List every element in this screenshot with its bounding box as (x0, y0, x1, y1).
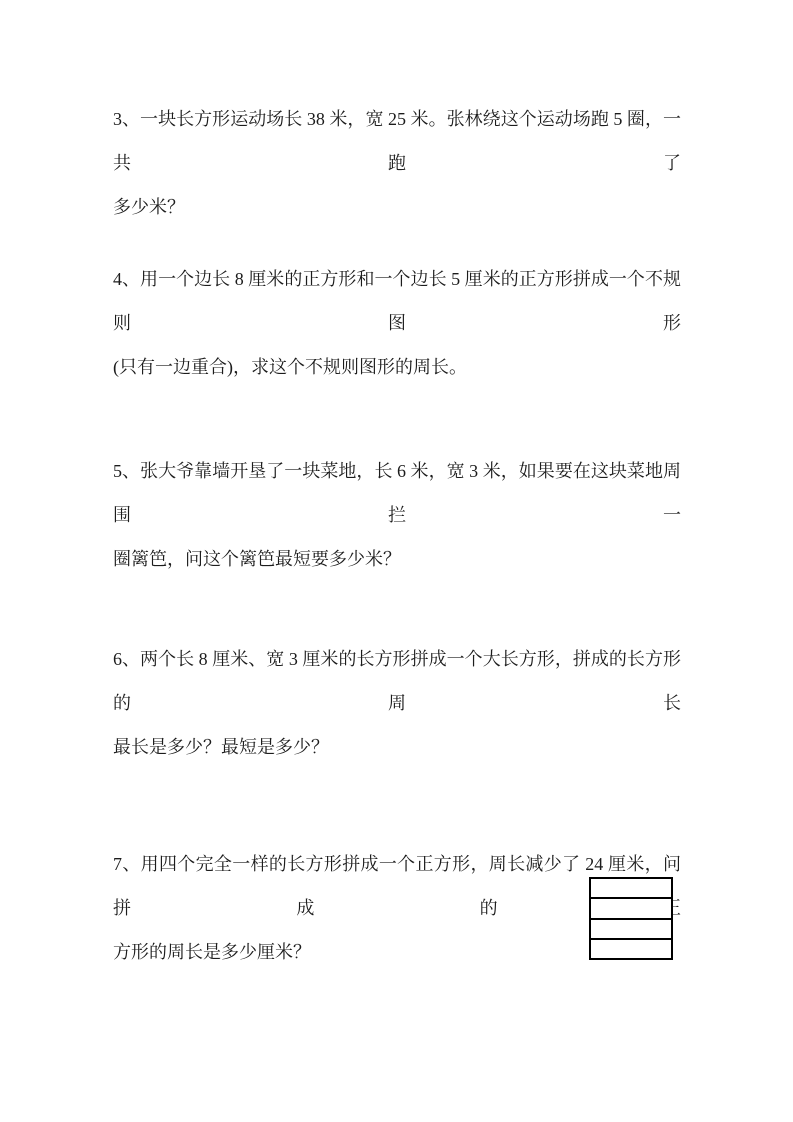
question-7-figure-stacked-rectangles (589, 877, 673, 960)
question-4: 4、用一个边长 8 厘米的正方形和一个边长 5 厘米的正方形拼成一个不规则图形 … (113, 257, 681, 389)
question-3-line-2: 多少米？ (113, 185, 681, 229)
question-3: 3、一块长方形运动场长 38 米，宽 25 米。张林绕这个运动场跑 5 圈，一共… (113, 97, 681, 229)
figure-strip-row (591, 897, 671, 917)
question-3-line-1: 3、一块长方形运动场长 38 米，宽 25 米。张林绕这个运动场跑 5 圈，一共… (113, 97, 681, 185)
question-4-line-2: (只有一边重合)，求这个不规则图形的周长。 (113, 345, 681, 389)
question-5-line-2: 圈篱笆，问这个篱笆最短要多少米？ (113, 537, 681, 581)
question-4-line-1: 4、用一个边长 8 厘米的正方形和一个边长 5 厘米的正方形拼成一个不规则图形 (113, 257, 681, 345)
figure-strip-row (591, 938, 671, 958)
figure-strip-row (591, 918, 671, 938)
worksheet-page: 3、一块长方形运动场长 38 米，宽 25 米。张林绕这个运动场跑 5 圈，一共… (0, 0, 793, 1122)
question-5-line-1: 5、张大爷靠墙开垦了一块菜地，长 6 米，宽 3 米，如果要在这块菜地周围拦一 (113, 449, 681, 537)
question-5: 5、张大爷靠墙开垦了一块菜地，长 6 米，宽 3 米，如果要在这块菜地周围拦一 … (113, 449, 681, 581)
question-6-line-2: 最长是多少？最短是多少？ (113, 725, 681, 769)
figure-strip-row (591, 879, 671, 897)
question-6: 6、两个长 8 厘米、宽 3 厘米的长方形拼成一个大长方形，拼成的长方形的周长 … (113, 637, 681, 769)
question-6-line-1: 6、两个长 8 厘米、宽 3 厘米的长方形拼成一个大长方形，拼成的长方形的周长 (113, 637, 681, 725)
